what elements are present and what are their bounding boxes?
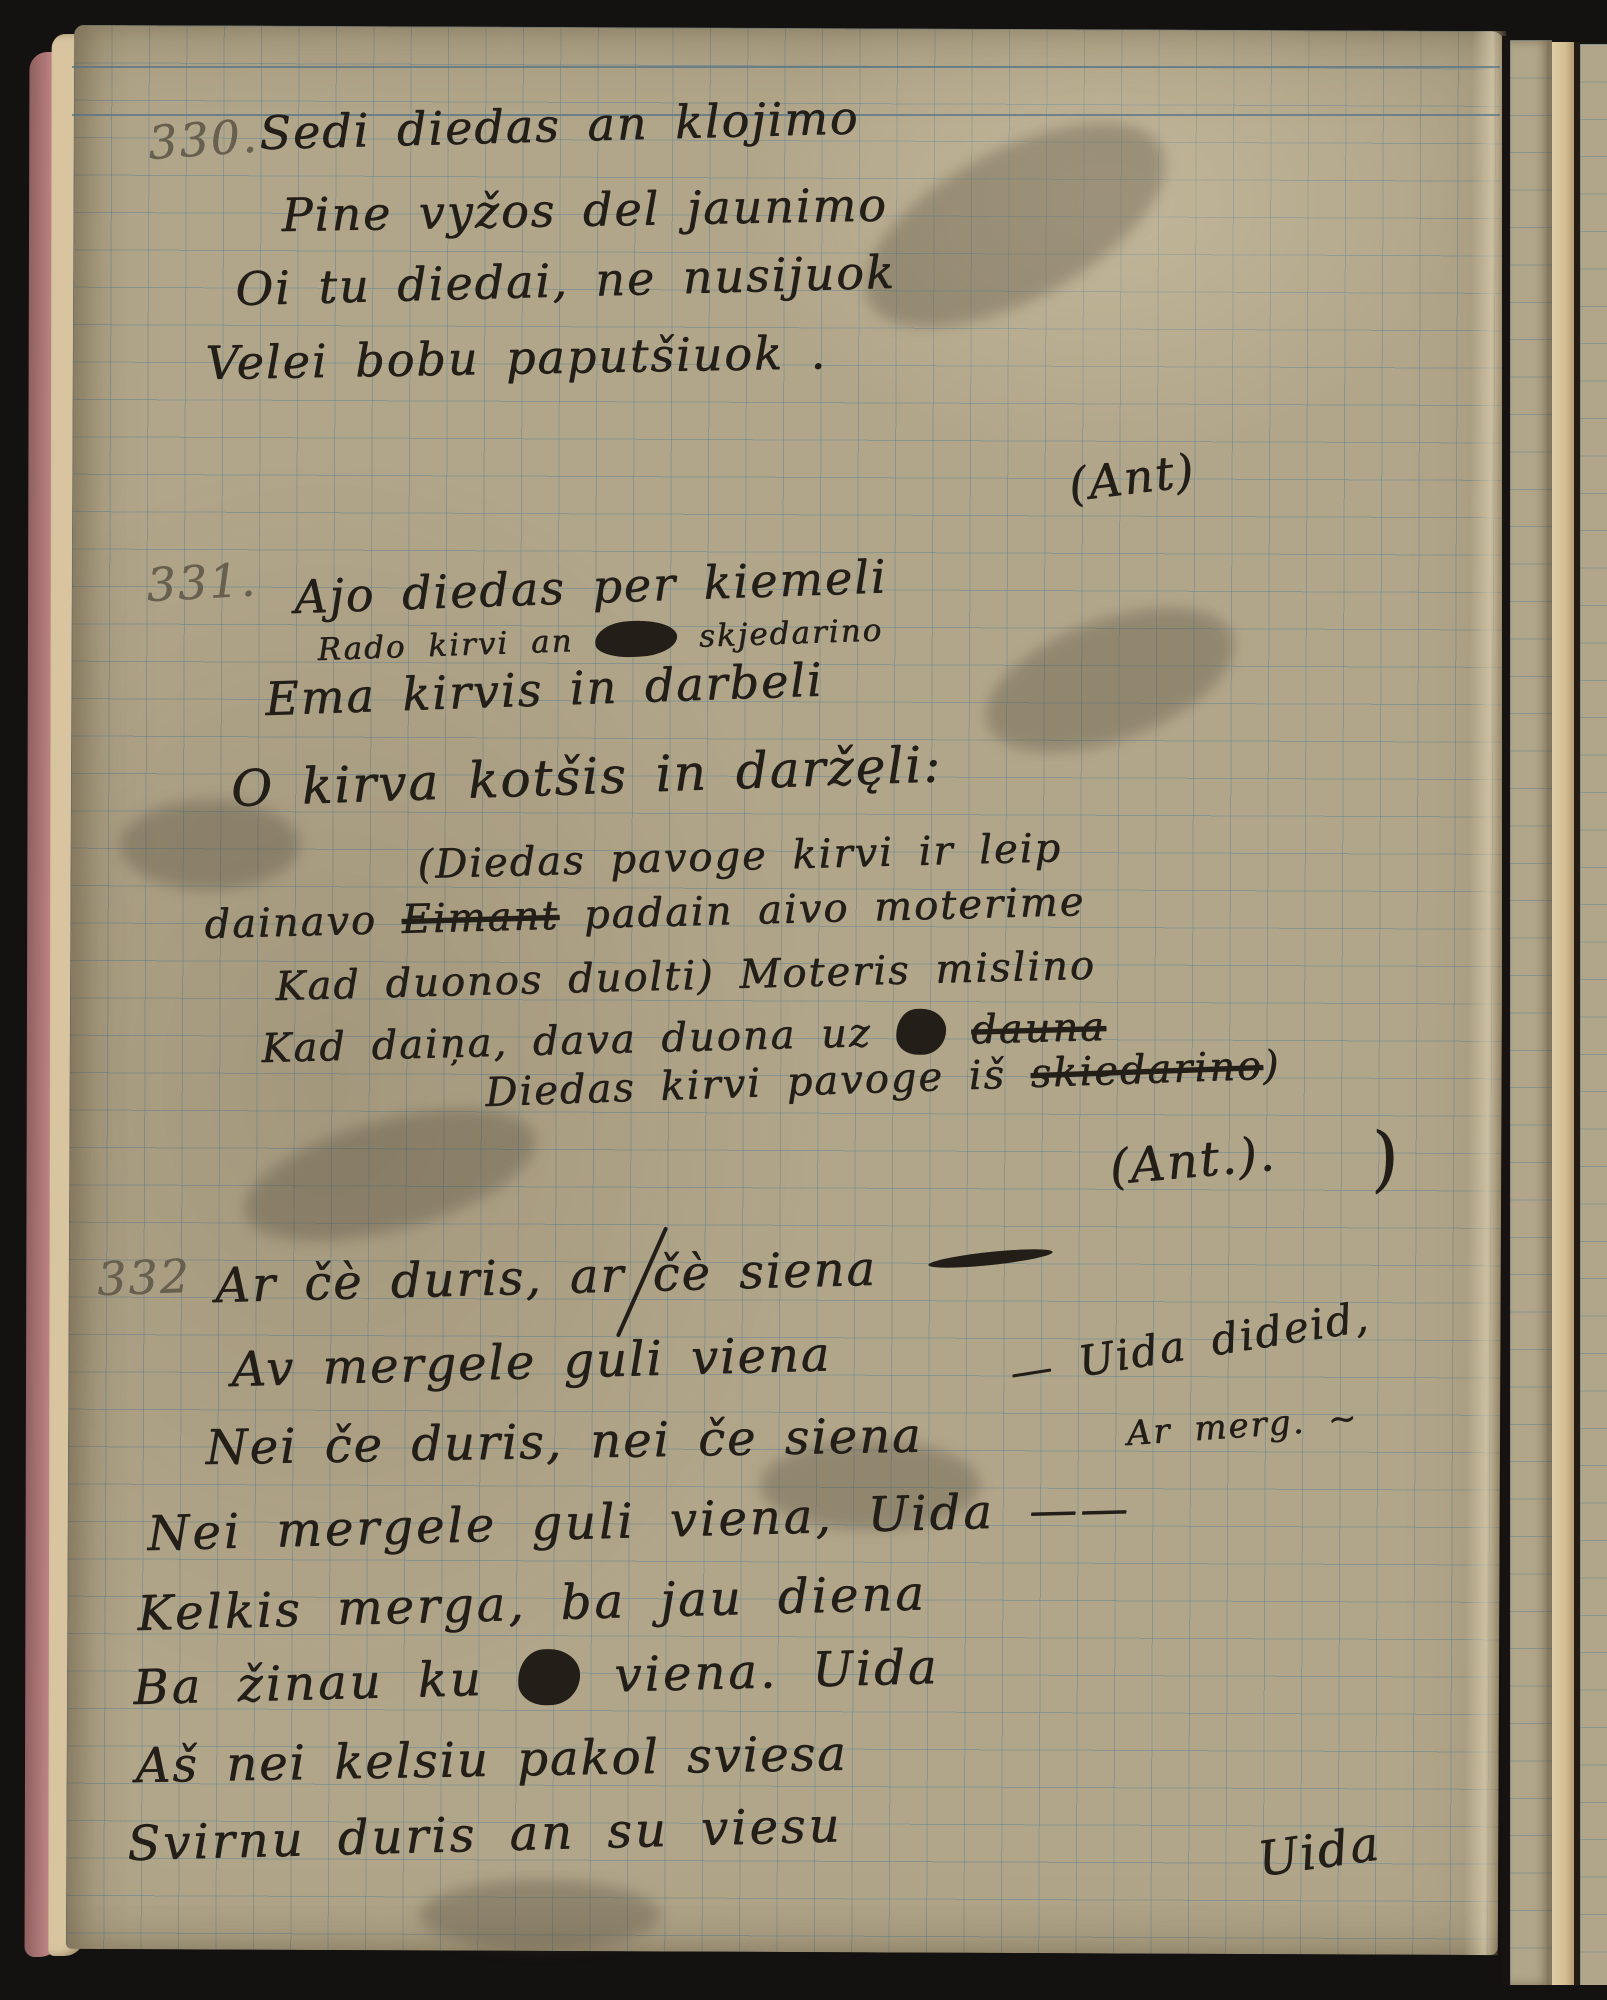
smudge [420,1880,660,1950]
crossed-out-word: dauna [970,1004,1106,1054]
text-segment [946,1007,972,1054]
ruled-line [72,66,1500,68]
text-segment: dainavo [204,897,402,948]
entry-number: 331. [145,552,258,612]
page-curl-edge [1464,31,1506,1955]
adjacent-page-edge [1552,42,1574,1985]
manuscript-line: Velei bobu paputšiuok . [205,325,827,390]
manuscript-line: Pine vyžos del jaunimo [281,177,888,242]
scanned-notebook-photo: 330.Sedi diedas an klojimoPine vyžos del… [0,0,1607,2000]
inked-out-word: tu [517,1648,581,1706]
binding-crevice [1502,36,1510,1986]
text-segment: skjedarino [676,612,883,655]
adjacent-page-sliver [1510,40,1552,1985]
text-segment: ) [1262,1042,1281,1089]
entry-number: 330. [146,108,260,170]
inked-out-word: sker [595,619,678,658]
inked-out-word: ta [896,1008,947,1055]
entry-number: 332 [96,1249,192,1306]
text-segment: viena. Uida [579,1639,940,1704]
crossed-out-word: skiedarino [1030,1043,1264,1097]
text-segment: Ba žinau ku [133,1650,519,1716]
adjacent-page-sliver [1580,44,1607,1985]
crossed-out-word: Eimant [401,893,560,943]
